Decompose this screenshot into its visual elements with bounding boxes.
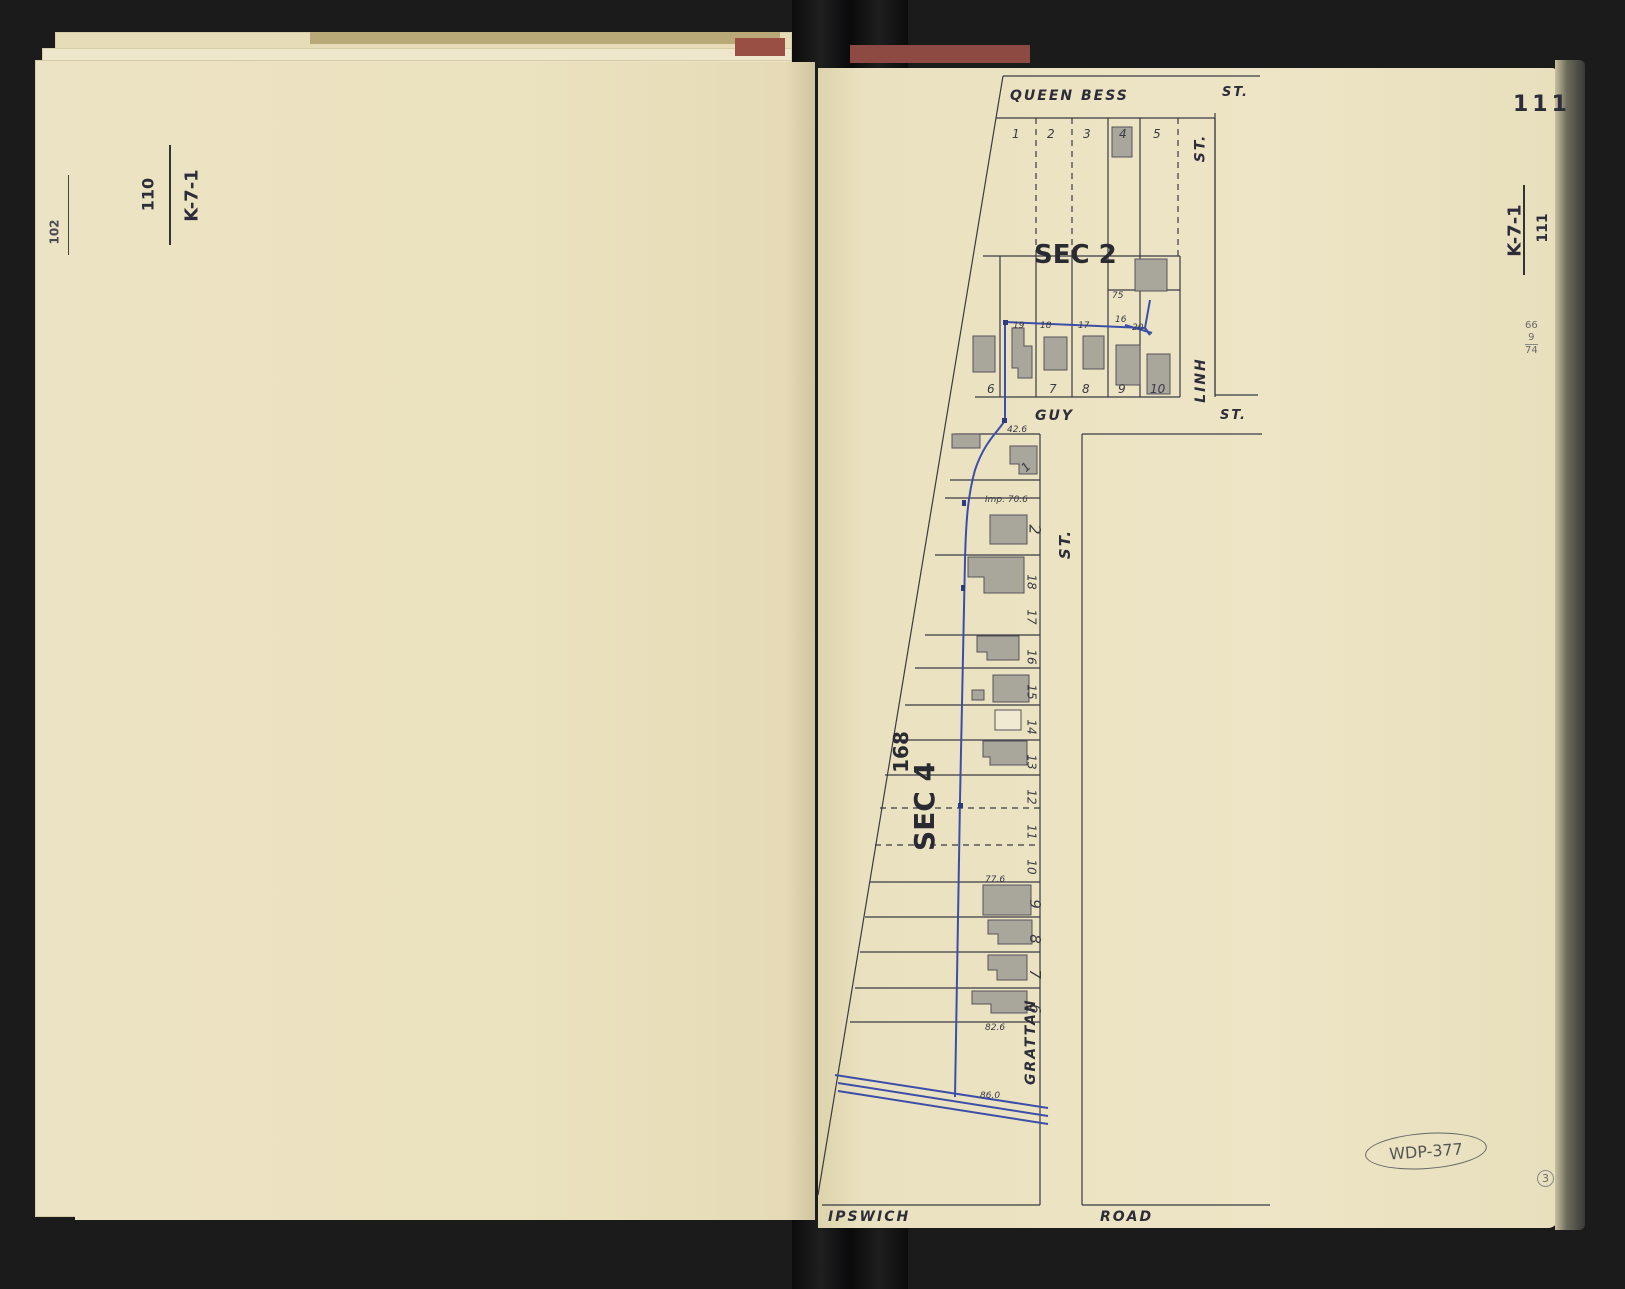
sec4-lot-8: 8	[1026, 934, 1044, 944]
sec4-lot-11: 11	[1025, 824, 1039, 839]
section-number-168: 168	[889, 731, 913, 773]
sec4-lot-7: 7	[1026, 969, 1044, 979]
dim-sec2-a: 19	[1013, 321, 1025, 331]
building-sec2-lot9	[1116, 345, 1140, 385]
sec4-lot-14: 14	[1025, 719, 1039, 734]
building-sec4-corner	[952, 434, 980, 448]
svg-text:18: 18	[1040, 321, 1052, 331]
street-grattan-suffix: ST.	[1056, 529, 1074, 559]
sec4-lot-2: 2	[1026, 524, 1045, 534]
west-boundary	[818, 118, 996, 1195]
sec4-lot-12: 12	[1025, 789, 1039, 804]
street-ipswich: IPSWICH	[828, 1209, 910, 1225]
street-linh: LINH	[1193, 357, 1209, 403]
sec2-lot-4: 4	[1119, 127, 1127, 141]
building-sec2-lot7	[1044, 337, 1067, 370]
sec4-lot-6: 6	[1026, 1004, 1044, 1014]
street-ipswich-road: ROAD	[1100, 1209, 1153, 1225]
sec4-lot-18: 18	[1025, 574, 1039, 589]
sec4-lot-16: 16	[1025, 649, 1039, 664]
building-sec2-lot8	[1083, 336, 1104, 369]
sec4-lot-17: 17	[1025, 609, 1039, 624]
building-sec4-lot7	[988, 955, 1027, 980]
sec4-lot-10: 10	[1025, 859, 1039, 874]
dim-rear: 86.0	[980, 1091, 1000, 1101]
sec4-lot-9: 9	[1026, 899, 1044, 909]
dim-lot9: 77.6	[985, 875, 1005, 885]
building-sec4-lot14-outline	[995, 710, 1021, 730]
sec2-lot-3: 3	[1083, 127, 1091, 141]
building-sec4-lot15	[993, 675, 1029, 702]
building-sec2-a	[1135, 259, 1167, 291]
building-sec2-lot6	[973, 336, 995, 372]
svg-text:20: 20	[1132, 323, 1144, 333]
dim-imp: Imp. 70.6	[985, 495, 1028, 505]
sec4-lot-15: 15	[1025, 684, 1039, 699]
street-queen-bess-suffix: ST.	[1222, 85, 1249, 100]
sec2-lot-8: 8	[1082, 382, 1090, 396]
street-guy-suffix: ST.	[1220, 408, 1247, 423]
building-sec4-lot9	[983, 885, 1031, 915]
building-sec4-shed	[972, 690, 984, 700]
svg-text:16: 16	[1115, 315, 1127, 325]
sec4-lot-13: 13	[1025, 754, 1039, 769]
street-guy: GUY	[1035, 408, 1074, 424]
plan-map: 42.6 Imp. 70.6 77.6 82.6 86.0 19 18 17 1…	[0, 0, 1625, 1289]
building-sec4-lot2	[990, 515, 1027, 544]
sec2-lot-1: 1	[1012, 127, 1020, 141]
dim-guy-corner: 42.6	[1007, 425, 1027, 435]
section-4-label: SEC 4	[908, 762, 941, 851]
sec2-lot-9: 9	[1118, 382, 1126, 396]
building-sec4-lot16	[977, 636, 1019, 660]
sec2-lot-10: 10	[1150, 382, 1165, 396]
street-queen-bess: QUEEN BESS	[1010, 88, 1129, 104]
section-2-label: SEC 2	[1034, 240, 1117, 270]
building-sec4-lot13	[983, 741, 1027, 765]
building-sec4-lot6	[972, 991, 1027, 1013]
svg-text:17: 17	[1078, 321, 1090, 331]
street-linh-st-top: ST.	[1192, 134, 1208, 163]
dim-lot6: 82.6	[985, 1023, 1005, 1033]
sec2-lot-6: 6	[987, 382, 995, 396]
svg-text:75: 75	[1112, 291, 1124, 301]
building-sec2-b	[1012, 328, 1032, 378]
sec2-lot-2: 2	[1047, 127, 1055, 141]
sec2-lot-7: 7	[1049, 382, 1057, 396]
building-sec4-lot18	[968, 557, 1024, 593]
sec2-lot-5: 5	[1153, 127, 1161, 141]
